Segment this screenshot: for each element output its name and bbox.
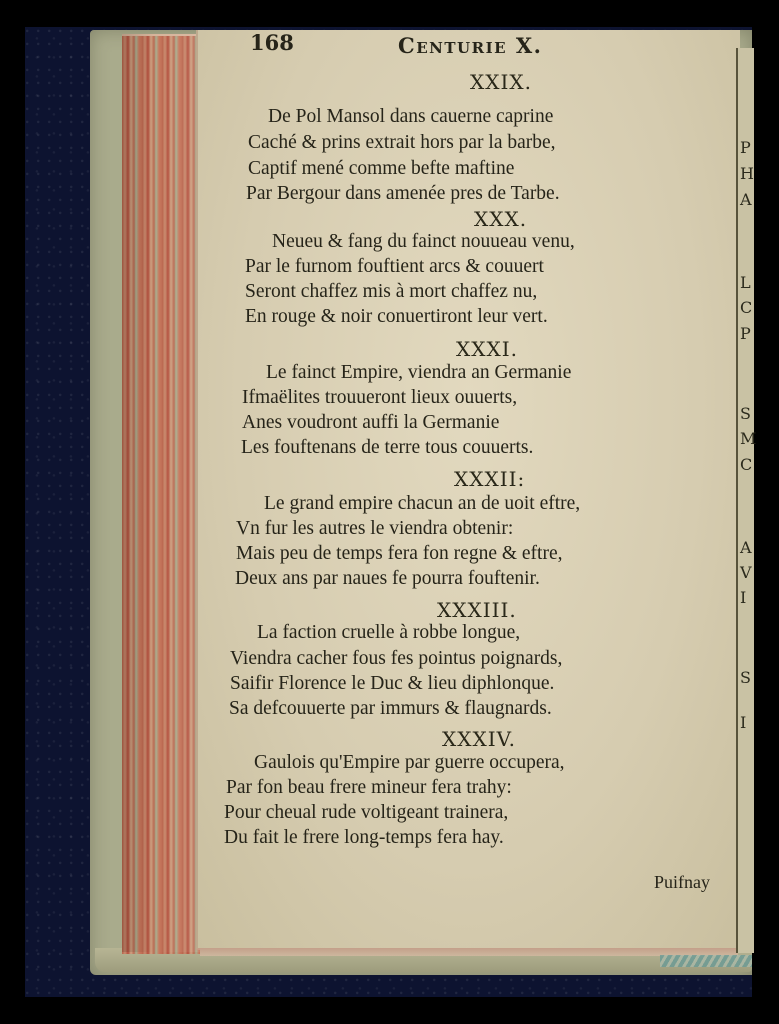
quatrain-numeral: XXIX. [470, 70, 532, 94]
quatrain-numeral: XXXIV. [442, 727, 516, 751]
verse-line: De Pol Mansol dans cauerne caprine [268, 106, 553, 128]
verse-line: Caché & prins extrait hors par la barbe, [248, 132, 556, 154]
quatrain-numeral: XXXI. [456, 337, 518, 361]
catchword: Puifnay [654, 872, 710, 893]
facing-initial: A [740, 192, 752, 208]
verse-line: Sa defcouuerte par immurs & flaugnards. [229, 698, 552, 720]
page-bottom-edge [200, 948, 738, 956]
facing-page-edge [736, 48, 754, 953]
verse-line: Les fouftenans de terre tous couuerts. [241, 437, 533, 459]
facing-initial: L [740, 275, 751, 291]
quatrain-numeral: XXX. [474, 207, 527, 231]
verse-line: Le fainct Empire, viendra an Germanie [266, 362, 571, 384]
facing-initial: A [740, 540, 752, 556]
verse-line: Du fait le frere long-temps fera hay. [224, 827, 504, 849]
facing-initial: P [740, 326, 751, 342]
page-stack-shading [122, 34, 202, 952]
facing-initial: I [740, 590, 746, 606]
quatrain-numeral: XXXII: [454, 467, 525, 491]
binding-thread [660, 955, 752, 967]
verse-line: En rouge & noir conuertiront leur vert. [245, 306, 548, 328]
verse-line: Deux ans par naues fe pourra fouftenir. [235, 568, 540, 590]
verse-line: Viendra cacher fous fes pointus poignard… [230, 648, 562, 670]
running-head: Centurie X. [398, 33, 542, 58]
verse-line: Mais peu de temps fera fon regne & eftre… [236, 543, 563, 565]
verse-line: Par fon beau frere mineur fera trahy: [226, 777, 512, 799]
verse-line: Neueu & fang du fainct nouueau venu, [272, 231, 575, 253]
facing-initial: C [740, 457, 752, 473]
facing-initial: S [740, 406, 751, 422]
verse-line: Seront chaffez mis à mort chaffez nu, [245, 281, 537, 303]
verse-line: Ifmaëlites trouueront lieux ouuerts, [242, 387, 517, 409]
facing-initial: V [740, 565, 752, 581]
verse-line: Pour cheual rude voltigeant trainera, [224, 802, 508, 824]
verse-line: Captif mené comme befte maftine [248, 158, 514, 180]
page-number: 168 [250, 30, 294, 55]
verse-line: Par le furnom fouftient arcs & couuert [245, 256, 544, 278]
facing-initial: M [740, 431, 756, 447]
facing-initial: H [740, 166, 754, 182]
verse-line: Gaulois qu'Empire par guerre occupera, [254, 752, 565, 774]
quatrain-numeral: XXXIII. [437, 598, 517, 622]
facing-initial: P [740, 140, 751, 156]
verse-line: Par Bergour dans amenée pres de Tarbe. [246, 183, 560, 205]
verse-line: Anes voudront auffi la Germanie [242, 412, 499, 434]
verse-line: Saifir Florence le Duc & lieu diphlonque… [230, 673, 554, 695]
verse-line: La faction cruelle à robbe longue, [257, 622, 520, 644]
facing-initial: S [740, 670, 751, 686]
verse-line: Vn fur les autres le viendra obtenir: [236, 518, 513, 540]
verse-line: Le grand empire chacun an de uoit eftre, [264, 493, 580, 515]
facing-initial: I [740, 715, 746, 731]
facing-initial: C [740, 300, 752, 316]
